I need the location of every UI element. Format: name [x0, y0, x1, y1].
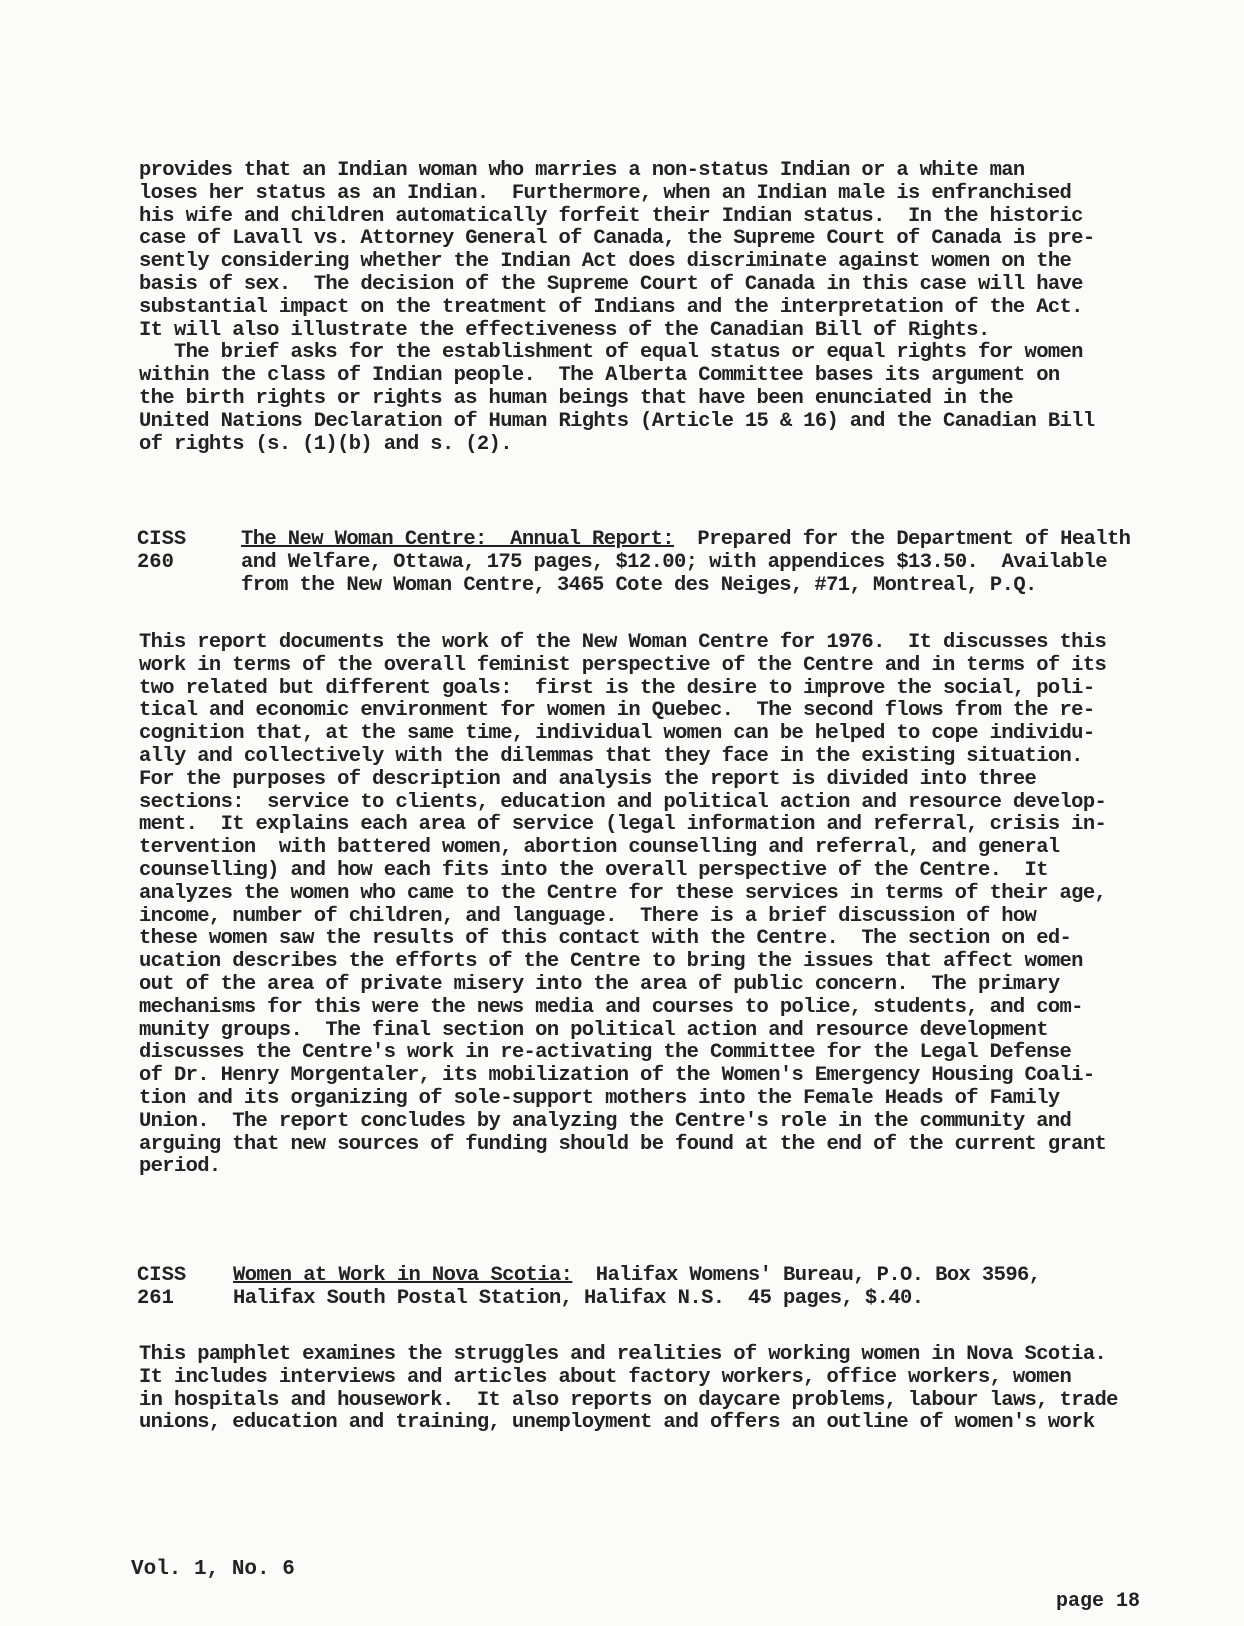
- text-line: This pamphlet examines the struggles and…: [139, 1344, 1118, 1367]
- entry-citation: The New Woman Centre: Annual Report: Pre…: [241, 528, 1130, 597]
- text-line: It will also illustrate the effectivenes…: [139, 320, 1094, 343]
- text-line: It includes interviews and articles abou…: [139, 1367, 1118, 1390]
- text-line: sections: service to clients, education …: [139, 792, 1106, 815]
- text-line: ment. It explains each area of service (…: [139, 814, 1106, 837]
- text-line: within the class of Indian people. The A…: [139, 365, 1094, 388]
- text-line: discusses the Centre's work in re-activa…: [139, 1042, 1106, 1065]
- text-line: two related but different goals: first i…: [139, 678, 1106, 701]
- document-page: provides that an Indian woman who marrie…: [0, 0, 1244, 1626]
- volume-label: Vol. 1, No. 6: [131, 1558, 295, 1581]
- entry-261-abstract: This pamphlet examines the struggles and…: [139, 1344, 1118, 1435]
- text-line: of rights (s. (1)(b) and s. (2).: [139, 434, 1094, 457]
- text-line: sently considering whether the Indian Ac…: [139, 251, 1094, 274]
- citation-text: and Welfare, Ottawa, 175 pages, $12.00; …: [241, 551, 1130, 574]
- text-line: basis of sex. The decision of the Suprem…: [139, 274, 1094, 297]
- entry-series: CISS: [137, 1264, 186, 1287]
- text-line: arguing that new sources of funding shou…: [139, 1134, 1106, 1157]
- text-line: mechanisms for this were the news media …: [139, 997, 1106, 1020]
- entry-series: CISS: [137, 528, 186, 551]
- text-line: cognition that, at the same time, indivi…: [139, 723, 1106, 746]
- entry-title: Women at Work in Nova Scotia:: [233, 1264, 572, 1287]
- text-line: tical and economic environment for women…: [139, 700, 1106, 723]
- text-line: tervention with battered women, abortion…: [139, 837, 1106, 860]
- text-line: of Dr. Henry Morgentaler, its mobilizati…: [139, 1065, 1106, 1088]
- page-number: page 18: [1056, 1590, 1140, 1613]
- text-line: munity groups. The final section on poli…: [139, 1020, 1106, 1043]
- text-line: loses her status as an Indian. Furthermo…: [139, 183, 1094, 206]
- text-line: case of Lavall vs. Attorney General of C…: [139, 228, 1094, 251]
- intro-paragraph: provides that an Indian woman who marrie…: [139, 160, 1094, 456]
- citation-text: Halifax South Postal Station, Halifax N.…: [233, 1287, 1040, 1310]
- entry-title: The New Woman Centre: Annual Report:: [241, 528, 674, 551]
- text-line: in hospitals and housework. It also repo…: [139, 1390, 1118, 1413]
- text-line: tion and its organizing of sole-support …: [139, 1088, 1106, 1111]
- text-line: the birth rights or rights as human bein…: [139, 388, 1094, 411]
- text-line: his wife and children automatically forf…: [139, 206, 1094, 229]
- text-line: counselling) and how each fits into the …: [139, 860, 1106, 883]
- text-line: This report documents the work of the Ne…: [139, 632, 1106, 655]
- text-line: unions, education and training, unemploy…: [139, 1412, 1118, 1435]
- entry-id: CISS 260: [137, 528, 186, 574]
- text-line: The brief asks for the establishment of …: [139, 342, 1094, 365]
- text-line: out of the area of private misery into t…: [139, 974, 1106, 997]
- entry-number: 260: [137, 551, 174, 574]
- entry-citation: Women at Work in Nova Scotia: Halifax Wo…: [233, 1264, 1040, 1310]
- text-line: period.: [139, 1156, 1106, 1179]
- text-line: provides that an Indian woman who marrie…: [139, 160, 1094, 183]
- entry-260-abstract: This report documents the work of the Ne…: [139, 632, 1106, 1179]
- entry-number: 261: [137, 1287, 174, 1310]
- text-line: work in terms of the overall feminist pe…: [139, 655, 1106, 678]
- text-line: these women saw the results of this cont…: [139, 928, 1106, 951]
- text-line: income, number of children, and language…: [139, 906, 1106, 929]
- citation-text: Prepared for the Department of Health: [674, 528, 1130, 551]
- text-line: Union. The report concludes by analyzing…: [139, 1111, 1106, 1134]
- citation-text: Halifax Womens' Bureau, P.O. Box 3596,: [572, 1264, 1040, 1287]
- text-line: ally and collectively with the dilemmas …: [139, 746, 1106, 769]
- text-line: analyzes the women who came to the Centr…: [139, 883, 1106, 906]
- text-line: For the purposes of description and anal…: [139, 769, 1106, 792]
- entry-id: CISS 261: [137, 1264, 186, 1310]
- text-line: United Nations Declaration of Human Righ…: [139, 411, 1094, 434]
- citation-text: from the New Woman Centre, 3465 Cote des…: [241, 574, 1130, 597]
- text-line: ucation describes the efforts of the Cen…: [139, 951, 1106, 974]
- text-line: substantial impact on the treatment of I…: [139, 297, 1094, 320]
